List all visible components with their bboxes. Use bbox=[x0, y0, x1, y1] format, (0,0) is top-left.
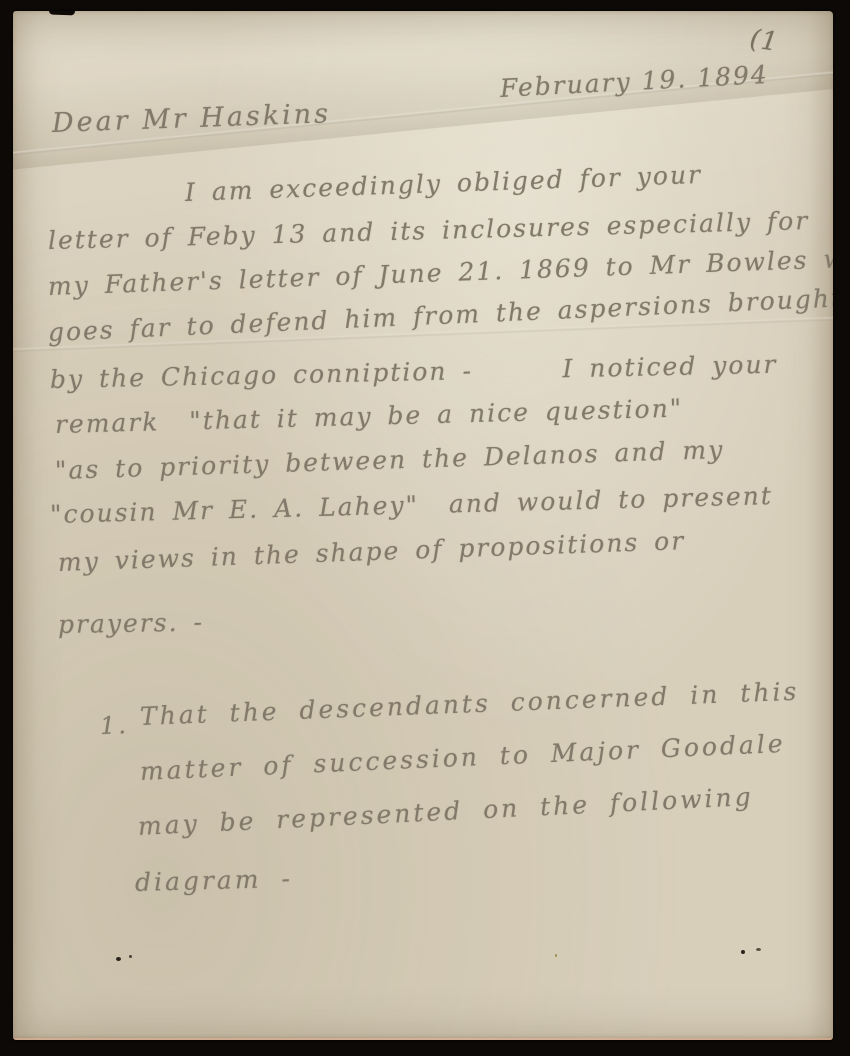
paper-speck bbox=[129, 955, 132, 958]
handwritten-line: matter of succession to Major Goodale bbox=[139, 729, 786, 786]
handwritten-line: "as to priority between the Delanos and … bbox=[55, 435, 725, 485]
handwritten-line: diagram - bbox=[135, 864, 294, 897]
handwritten-line: remark "that it may be a nice question" bbox=[55, 394, 684, 439]
handwritten-line: may be represented on the following bbox=[137, 782, 754, 841]
page-number-mark: (1 bbox=[748, 24, 781, 58]
paper-speck bbox=[741, 950, 745, 954]
letter-page: (1 February 19. 1894 Dear Mr Haskins I a… bbox=[13, 11, 833, 1040]
handwritten-line: prayers. - bbox=[58, 607, 204, 639]
paper-speck bbox=[116, 957, 121, 961]
scanned-letter: (1 February 19. 1894 Dear Mr Haskins I a… bbox=[0, 0, 850, 1056]
handwritten-line: letter of Feby 13 and its inclosures esp… bbox=[48, 206, 810, 255]
handwritten-line: That the descendants concerned in this bbox=[139, 677, 799, 731]
handwritten-line: "cousin Mr E. A. Lahey" and would to pre… bbox=[50, 481, 774, 529]
handwritten-line: by the Chicago conniption - I noticed yo… bbox=[50, 350, 778, 394]
list-item-number: 1. bbox=[100, 711, 130, 740]
paper-speck bbox=[756, 948, 761, 951]
handwritten-line: my views in the shape of propositions or bbox=[57, 526, 685, 577]
handwritten-line: I am exceedingly obliged for your bbox=[184, 160, 702, 207]
paper-speck bbox=[555, 954, 557, 957]
